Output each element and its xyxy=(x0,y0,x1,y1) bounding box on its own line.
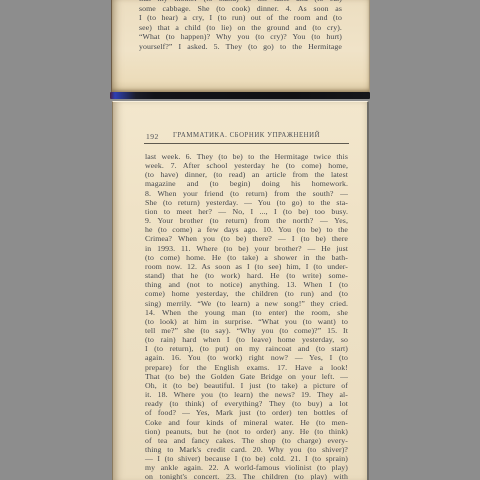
page-body-text: last week. 6. They (to be) to the Hermit… xyxy=(145,152,348,480)
text-line: (to look) at him in surprise. “What you … xyxy=(145,317,348,326)
text-line: (to come) home. He (to take) a shower in… xyxy=(145,253,348,262)
previous-page-text: that my mother (to stand) at the table a… xyxy=(139,0,342,51)
text-line: my ankle again. 22. A world-famous violi… xyxy=(145,463,348,472)
page-header: 192 ГРАММАТИКА. СБОРНИК УПРАЖНЕНИЙ xyxy=(144,132,349,144)
text-line: in 1993. 11. Where (to be) your brother?… xyxy=(145,244,348,253)
text-line: week. 7. After school yesterday he (to c… xyxy=(145,161,348,170)
text-line: yourself?” I asked. 5. They (to go) to t… xyxy=(139,42,342,52)
text-line: She (to return) yesterday. — You (to go)… xyxy=(145,198,348,207)
text-line: last week. 6. They (to be) to the Hermit… xyxy=(145,152,348,161)
text-line: That (to be) the Golden Gate Bridge on y… xyxy=(145,372,348,381)
text-line: — I (to shiver) because I (to be) cold. … xyxy=(145,454,348,463)
text-line: prepare) for the English exams. 17. Have… xyxy=(145,363,348,372)
book-photo-scene: that my mother (to stand) at the table a… xyxy=(0,0,480,480)
text-line: 14. When the young man (to enter) the ro… xyxy=(145,308,348,317)
text-line: see) that a child (to lie) on the ground… xyxy=(139,23,342,33)
text-line: come) home yesterday, the children (to r… xyxy=(145,289,348,298)
text-line: 8. When your friend (to return) from the… xyxy=(145,189,348,198)
text-line: on tonight's concert. 23. The children (… xyxy=(145,472,348,480)
text-line: tion to meet her? — No, I ..., I (to be)… xyxy=(145,207,348,216)
current-page: 192 ГРАММАТИКА. СБОРНИК УПРАЖНЕНИЙ last … xyxy=(112,101,369,480)
text-line: he (to come) a few days ago. 10. You (to… xyxy=(145,225,348,234)
text-line: room now. 12. As soon as I (to see) him,… xyxy=(145,262,348,271)
previous-page: that my mother (to stand) at the table a… xyxy=(111,0,370,92)
text-line: stand) that he (to work) hard. He (to wr… xyxy=(145,271,348,280)
text-line: sing) merrily. “We (to learn) a new song… xyxy=(145,299,348,308)
book-scan-photo: { "colors": { "background": "#8d8d8d", "… xyxy=(0,0,480,480)
text-line: (to rain) hard when I (to leave) home ye… xyxy=(145,335,348,344)
text-line: Oh, it (to be) beautiful. I just (to tak… xyxy=(145,381,348,390)
text-line: magazine and (to begin) doing his homewo… xyxy=(145,179,348,188)
text-line: I (to return), (to put) on my raincoat a… xyxy=(145,344,348,353)
text-line: some cabbage. She (to cook) dinner. 4. A… xyxy=(139,4,342,14)
text-line: (to have) dinner, (to read) an article f… xyxy=(145,170,348,179)
text-line: tion) peanuts, but he (not to order) any… xyxy=(145,427,348,436)
text-line: that my mother (to stand) at the table a… xyxy=(139,0,342,4)
running-title: ГРАММАТИКА. СБОРНИК УПРАЖНЕНИЙ xyxy=(144,132,349,139)
text-line: tell me?” she (to say). “Why you (to com… xyxy=(145,326,348,335)
text-line: thing to Mark's credit card. 20. Why you… xyxy=(145,445,348,454)
text-line: 9. Your brother (to return) from the nor… xyxy=(145,216,348,225)
text-line: “What (to happen)? Why you (to cry)? You… xyxy=(139,32,342,42)
text-line: Crimea? When you (to be) there? — I (to … xyxy=(145,234,348,243)
text-line: it. 18. Where you (to learn) the news? 1… xyxy=(145,390,348,399)
text-line: of food? — Yes, Mark just (to order) ten… xyxy=(145,408,348,417)
text-line: of tea and fancy cakes. The shop (to cha… xyxy=(145,436,348,445)
text-line: again. 16. You (to work) right now? — Ye… xyxy=(145,353,348,362)
page-number: 192 xyxy=(146,132,159,141)
text-line: ready (to think) of everything? They (to… xyxy=(145,399,348,408)
book-cover-edge xyxy=(110,92,370,99)
text-line: thing and (not to notice) anything. 13. … xyxy=(145,280,348,289)
text-line: I (to hear) a cry, I (to run) out of the… xyxy=(139,13,342,23)
text-line: Coke and four kinds of mineral water. He… xyxy=(145,418,348,427)
